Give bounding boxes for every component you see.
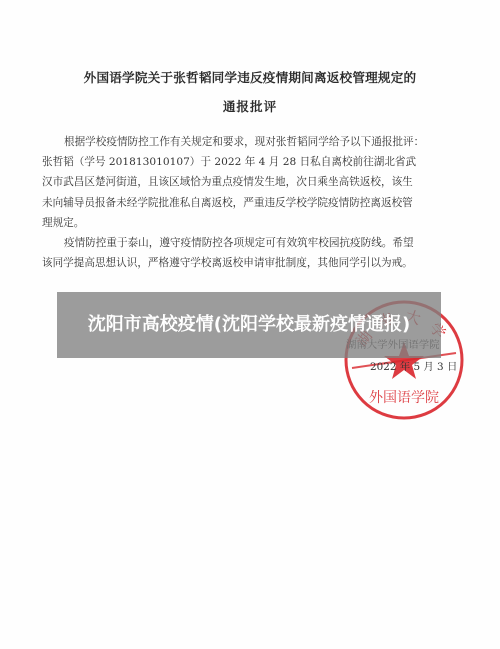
paragraph-line: 张哲韬（学号 201813010107）于 2022 年 4 月 28 日私自离… — [42, 152, 462, 172]
signature-date: 2022 年 5 月 3 日 — [370, 358, 457, 373]
document-title: 外国语学院关于张哲韬同学违反疫情期间离返校管理规定的 — [0, 67, 500, 86]
paragraph-line: 疫情防控重于泰山，遵守疫情防控各项规定可有效筑牢校园抗疫防线。希望 — [42, 233, 462, 253]
paragraph-line: 汉市武昌区楚河街道，且该区域恰为重点疫情发生地，次日乘坐高铁返校，该生 — [42, 172, 462, 192]
paragraph-line: 理规定。 — [42, 213, 462, 233]
paragraph-line: 未向辅导员报备未经学院批准私自离返校，严重违反学校学院疫情防控离返校管 — [42, 193, 462, 213]
svg-text:外国语学院: 外国语学院 — [369, 390, 439, 406]
document-subtitle: 通报批评 — [0, 96, 500, 115]
caption-text: 沈阳市高校疫情(沈阳学校最新疫情通报) — [64, 312, 434, 338]
paragraph-line: 该同学提高思想认识，严格遵守学校离返校申请审批制度，其他同学引以为戒。 — [42, 253, 462, 273]
caption-banner: 沈阳市高校疫情(沈阳学校最新疫情通报) — [57, 292, 441, 358]
paragraph-line: 根据学校疫情防控工作有关规定和要求，现对张哲韬同学给予以下通报批评： — [42, 132, 462, 152]
document-body: 根据学校疫情防控工作有关规定和要求，现对张哲韬同学给予以下通报批评： 张哲韬（学… — [42, 132, 462, 273]
